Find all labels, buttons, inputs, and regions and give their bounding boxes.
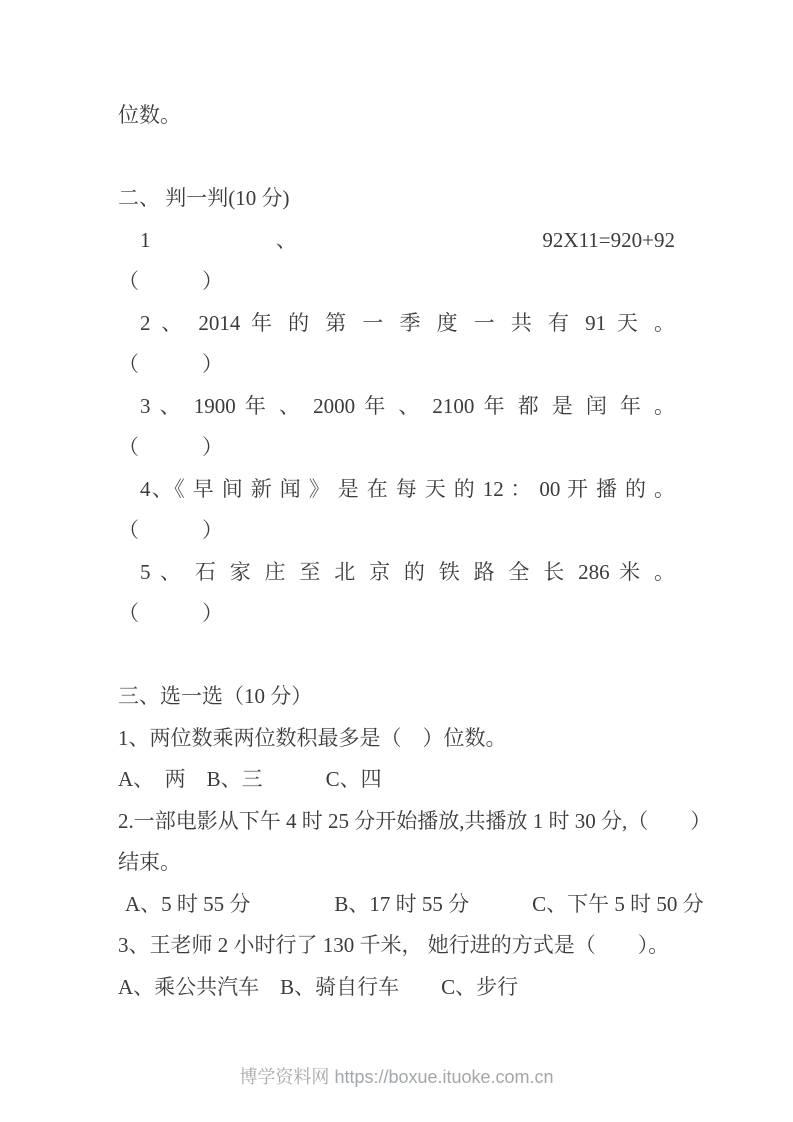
choice-section-heading: 三、选一选（10 分） xyxy=(118,676,675,718)
judge-question-5: 5 、 石 家 庄 至 北 京 的 铁 路 全 长 286 米 。 xyxy=(118,552,675,594)
document-page: 位数。 二、 判一判(10 分) 1 、 92X11=920+92 （ ） 2 … xyxy=(0,0,793,1122)
choice-question-2: 2.一部电影从下午 4 时 25 分开始播放,共播放 1 时 30 分,（ ） xyxy=(118,801,675,843)
judge-answer-blank-4: （ ） xyxy=(118,510,675,552)
judge-section-heading: 二、 判一判(10 分) xyxy=(118,178,675,220)
choice-question-3: 3、王老师 2 小时行了 130 千米， 她行进的方式是（ ）。 xyxy=(118,925,675,967)
choice-options-2: A、5 时 55 分 B、17 时 55 分 C、下午 5 时 50 分 xyxy=(118,884,675,926)
choice-question-1: 1、两位数乘两位数积最多是（ ）位数。 xyxy=(118,718,675,760)
intro-text-fragment: 位数。 xyxy=(118,95,675,137)
choice-options-3: A、乘公共汽车 B、骑自行车 C、步行 xyxy=(118,967,675,1009)
judge-question-2: 2 、 2014 年 的 第 一 季 度 一 共 有 91 天 。 xyxy=(118,303,675,345)
judge-answer-blank-2: （ ） xyxy=(118,344,675,386)
judge-question-4: 4、《 早 间 新 闻 》 是 在 每 天 的 12 ： 00 开 播 的 。 xyxy=(118,469,675,511)
footer-watermark: 博学资料网 https://boxue.ituoke.com.cn xyxy=(0,1063,793,1089)
choice-options-1: A、 两 B、三 C、四 xyxy=(118,759,675,801)
spacer xyxy=(118,635,675,677)
judge-answer-blank-5: （ ） xyxy=(118,593,675,635)
judge-question-1: 1 、 92X11=920+92 xyxy=(118,220,675,262)
judge-question-3: 3 、 1900 年 、 2000 年 、 2100 年 都 是 闰 年 。 xyxy=(118,386,675,428)
judge-answer-blank-1: （ ） xyxy=(118,261,675,303)
document-content: 位数。 二、 判一判(10 分) 1 、 92X11=920+92 （ ） 2 … xyxy=(118,95,675,1008)
choice-question-2-continued: 结束。 xyxy=(118,842,675,884)
judge-answer-blank-3: （ ） xyxy=(118,427,675,469)
spacer xyxy=(118,137,675,179)
